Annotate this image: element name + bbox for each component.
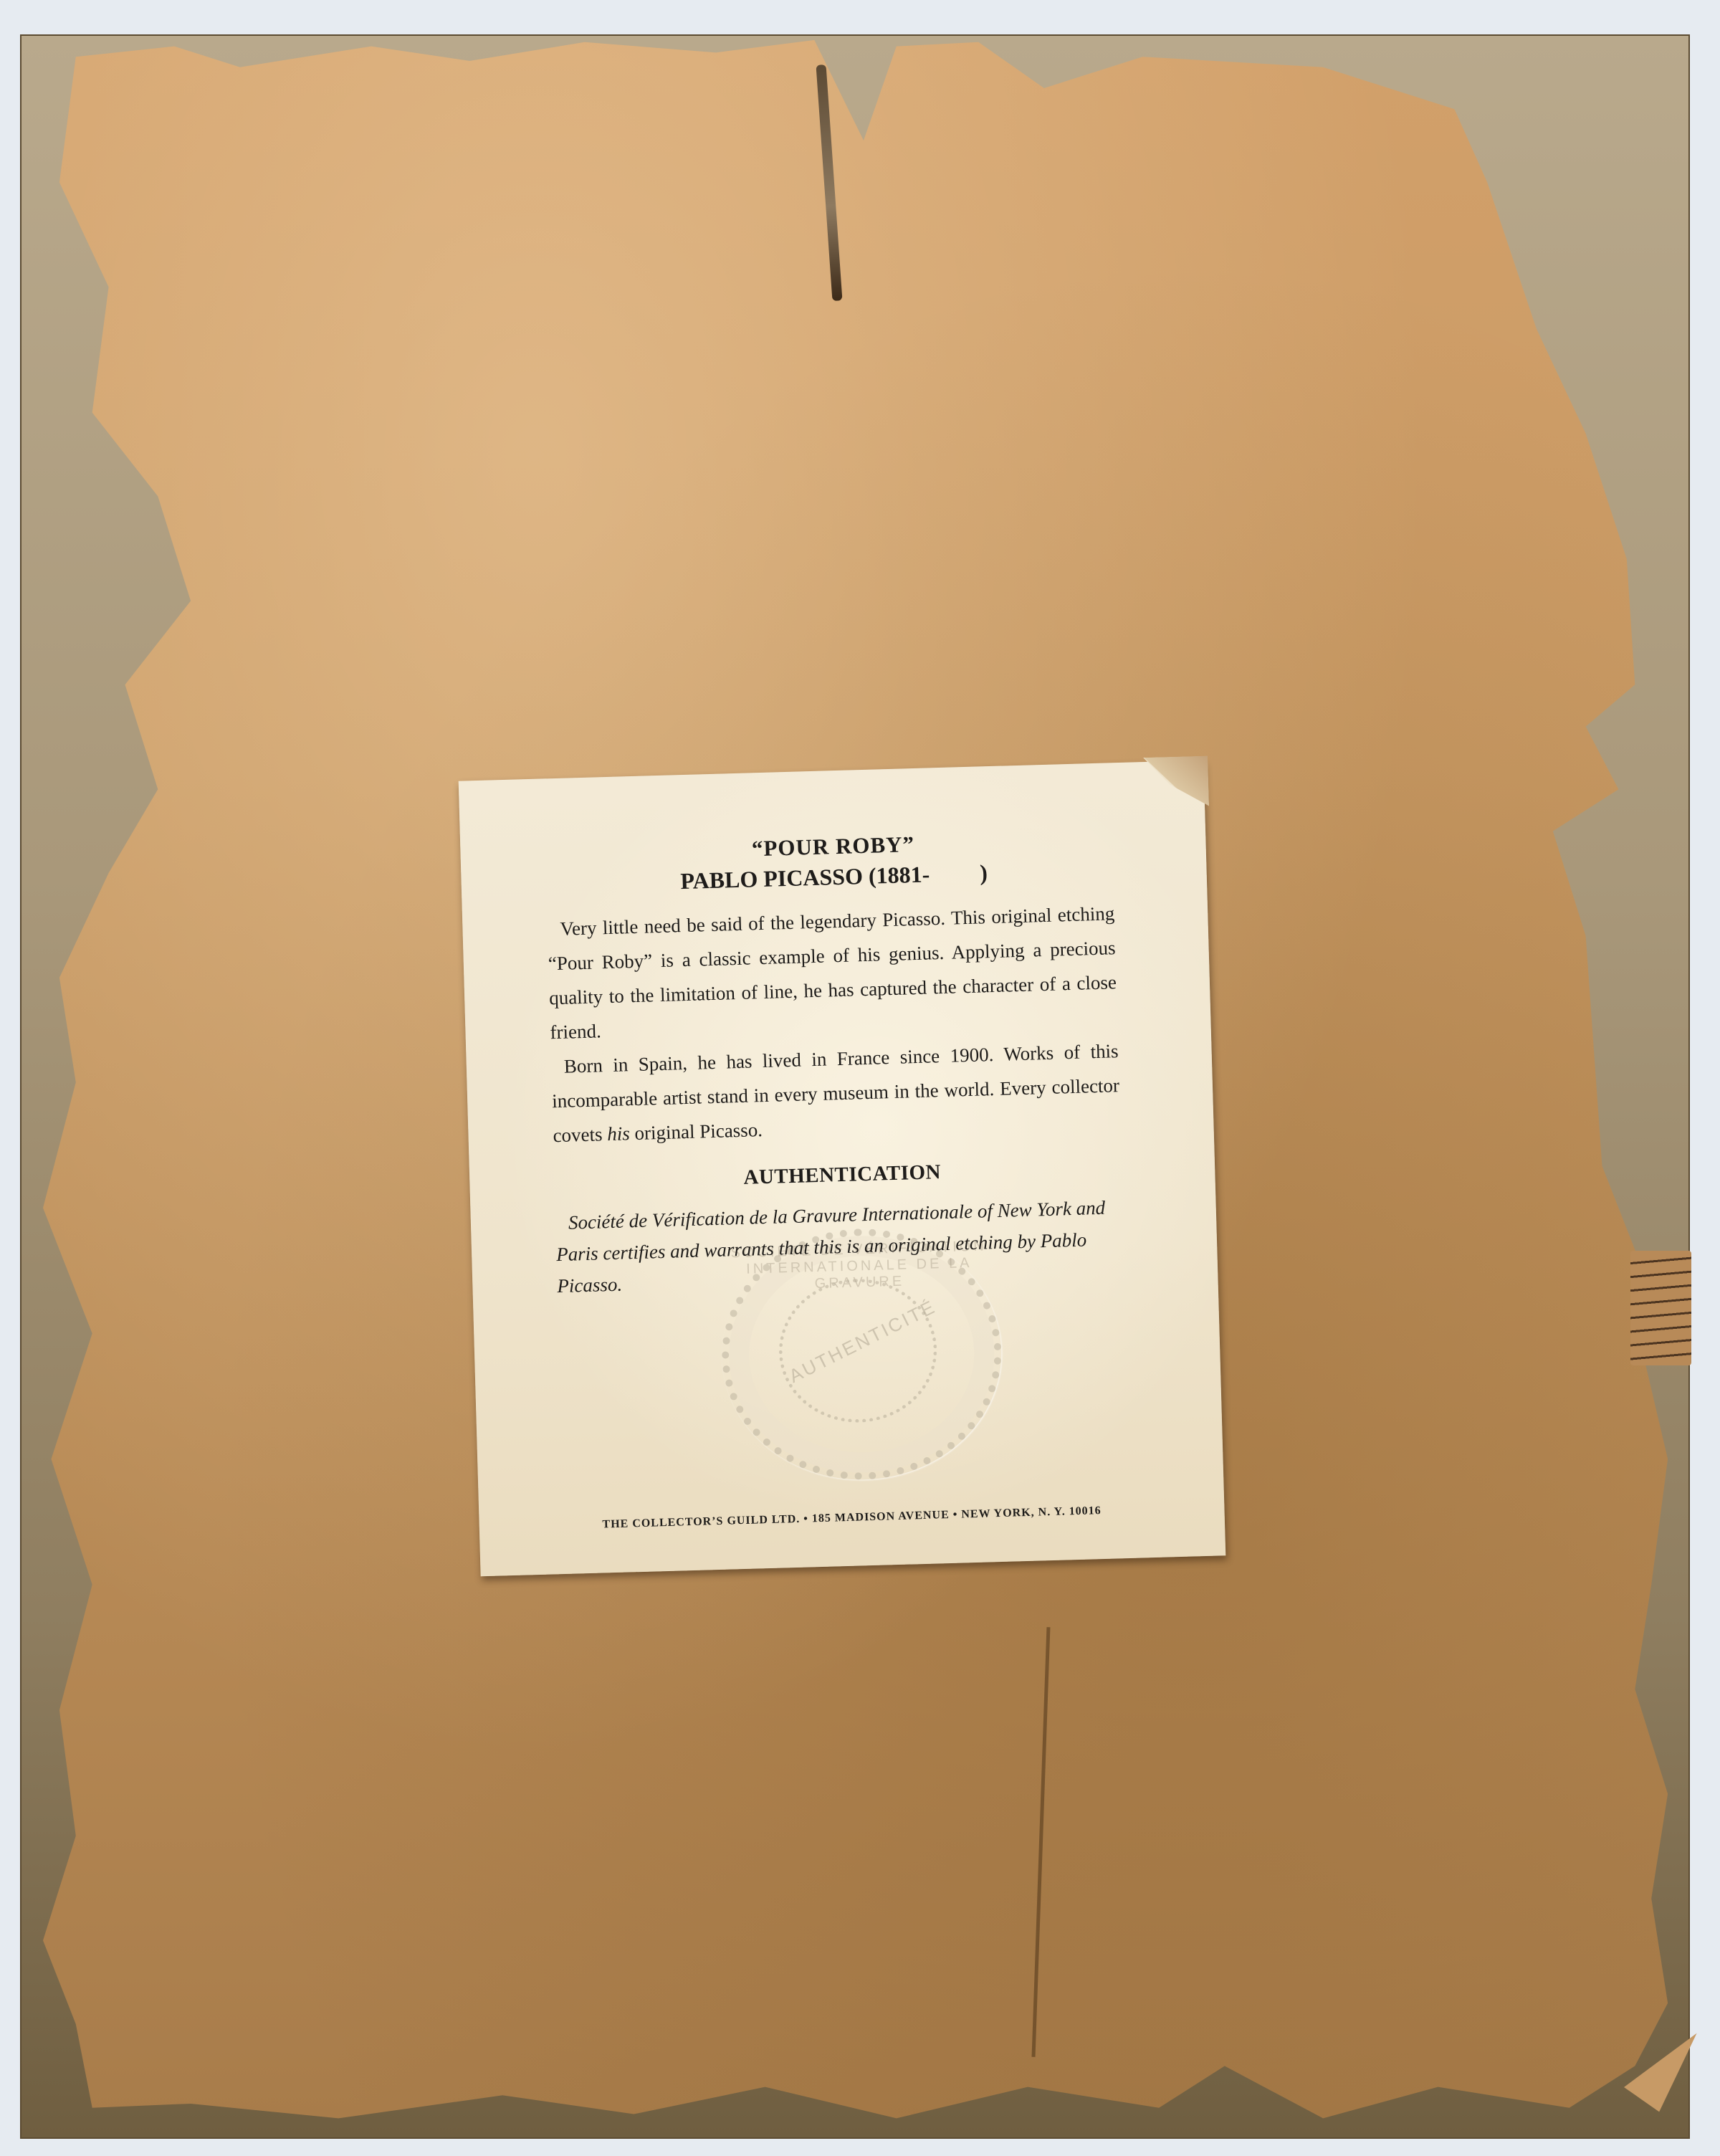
artist-name-dates: PABLO PICASSO (1881- — [680, 861, 930, 894]
artist-dates-close: ) — [980, 859, 988, 885]
paragraph-text: original Picasso. — [629, 1119, 763, 1144]
seal-center-text: AUTHENTICITÉ — [785, 1300, 930, 1388]
label-description: Very little need be said of the legendar… — [547, 896, 1121, 1153]
seal-inner-ring: AUTHENTICITÉ — [777, 1277, 938, 1424]
authentication-text: Société de Vérification de la Gravure In… — [555, 1191, 1139, 1302]
authentication-heading: AUTHENTICATION — [469, 1153, 1215, 1197]
description-paragraph: Born in Spain, he has lived in France si… — [550, 1034, 1121, 1153]
paper-pleat-right — [1630, 1251, 1691, 1365]
label-corner-curl — [1143, 756, 1209, 808]
publisher-footer: THE COLLECTOR’S GUILD LTD. • 185 MADISON… — [479, 1501, 1225, 1535]
description-paragraph: Very little need be said of the legendar… — [547, 896, 1118, 1049]
authentication-label: “POUR ROBY” PABLO PICASSO (1881-) Very l… — [459, 760, 1226, 1577]
paragraph-emphasis: his — [607, 1122, 630, 1145]
